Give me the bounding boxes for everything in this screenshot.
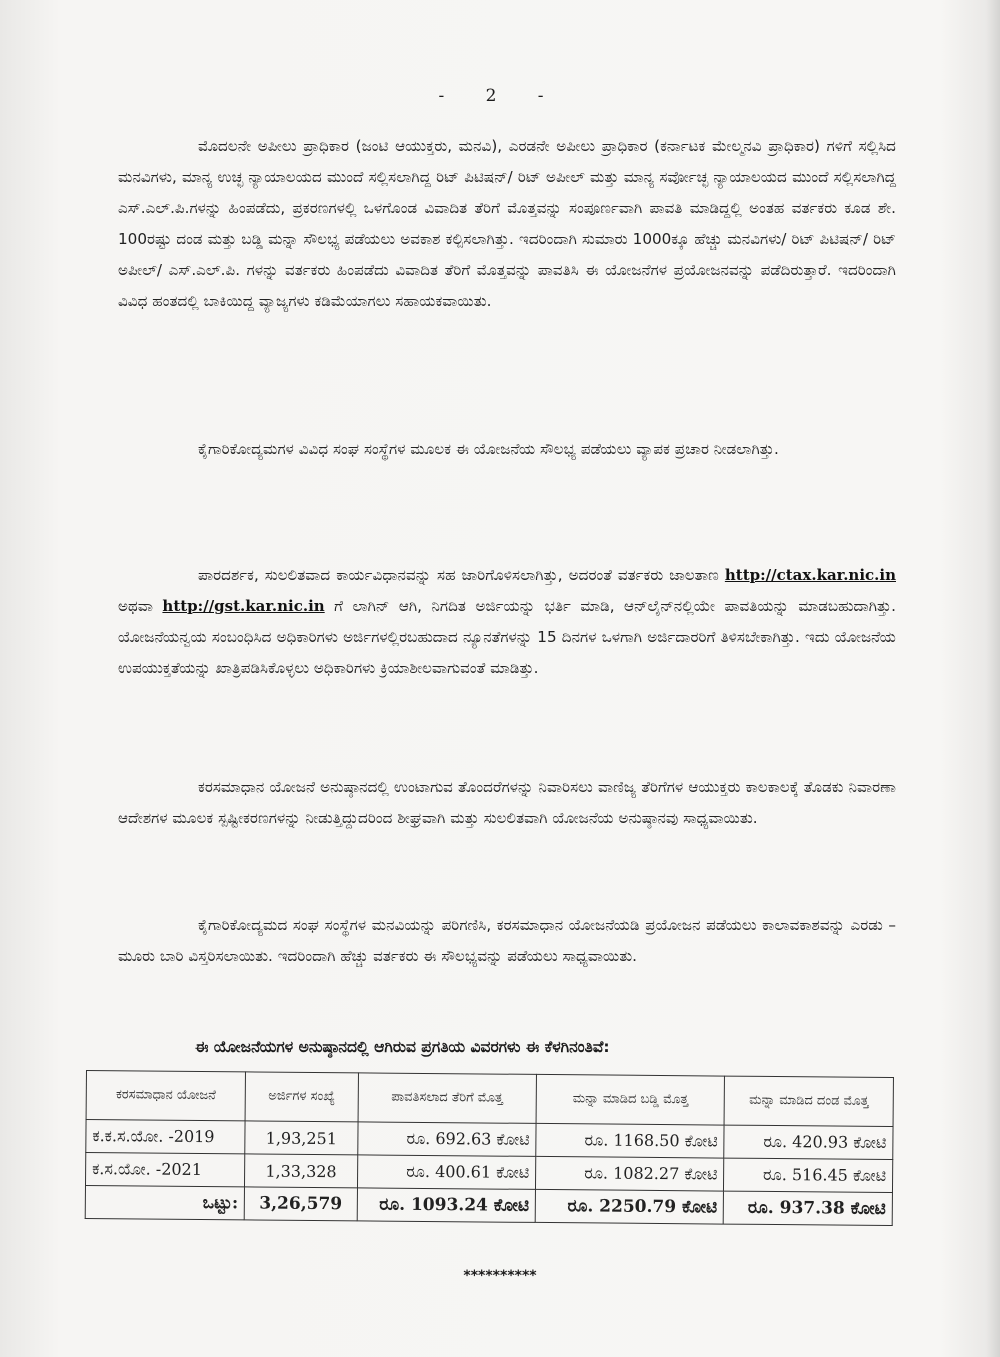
cell-tax-paid: ರೂ. 692.63 ಕೋಟಿ: [357, 1122, 536, 1157]
cell-tax-paid: ರೂ. 400.61 ಕೋಟಿ: [357, 1155, 536, 1190]
total-penalty-waived: ರೂ. 937.38 ಕೋಟಿ: [724, 1191, 893, 1225]
progress-table: ಕರಸಮಾಧಾನ ಯೋಜನೆ ಅರ್ಜಿಗಳ ಸಂಖ್ಯೆ ಪಾವತಿಸಲಾದ …: [85, 1070, 894, 1226]
total-label: ಒಟ್ಟು:: [85, 1186, 245, 1220]
paragraph-appeals: ಮೊದಲನೇ ಅಪೀಲು ಪ್ರಾಧಿಕಾರ (ಜಂಟಿ ಆಯುಕ್ತರು, ಮ…: [118, 131, 896, 317]
paragraph-clarifications: ಕರಸಮಾಧಾನ ಯೋಜನೆ ಅನುಷ್ಠಾನದಲ್ಲಿ ಉಂಟಾಗುವ ತೊಂ…: [118, 772, 896, 834]
paragraph-text: ಕೈಗಾರಿಕೋದ್ಯಮದ ಸಂಘ ಸಂಸ್ಥೆಗಳ ಮನವಿಯನ್ನು ಪರಿ…: [118, 916, 896, 965]
total-applications: 3,26,579: [245, 1187, 357, 1221]
paragraph-text: ಅಥವಾ: [118, 597, 162, 615]
header-applications: ಅರ್ಜಿಗಳ ಸಂಖ್ಯೆ: [245, 1072, 358, 1122]
cell-scheme: ಕ.ಕ.ಸ.ಯೋ. -2019: [86, 1120, 246, 1154]
cell-interest-waived: ರೂ. 1082.27 ಕೋಟಿ: [536, 1156, 724, 1191]
cell-applications: 1,33,328: [245, 1154, 357, 1188]
document-page: - 2 - ಮೊದಲನೇ ಅಪೀಲು ಪ್ರಾಧಿಕಾರ (ಜಂಟಿ ಆಯುಕ್…: [0, 0, 1000, 1357]
paragraph-text: ಮೊದಲನೇ ಅಪೀಲು ಪ್ರಾಧಿಕಾರ (ಜಂಟಿ ಆಯುಕ್ತರು, ಮ…: [118, 137, 896, 310]
table-caption: ಈ ಯೋಜನೆಯಗಳ ಅನುಷ್ಠಾನದಲ್ಲಿ ಆಗಿರುವ ಪ್ರಗತಿಯ …: [195, 1038, 610, 1057]
page-number: - 2 -: [0, 86, 1000, 106]
page-edge-shadow: [986, 0, 1000, 1357]
cell-applications: 1,93,251: [245, 1121, 357, 1155]
cell-interest-waived: ರೂ. 1168.50 ಕೋಟಿ: [536, 1123, 724, 1158]
header-penalty-waived: ಮನ್ನಾ ಮಾಡಿದ ದಂಡ ಮೊತ್ತ: [724, 1076, 893, 1126]
table-total-row: ಒಟ್ಟು: 3,26,579 ರೂ. 1093.24 ಕೋಟಿ ರೂ. 225…: [85, 1186, 892, 1226]
total-interest-waived: ರೂ. 2250.79 ಕೋಟಿ: [535, 1189, 723, 1224]
gst-link[interactable]: http://gst.kar.nic.in: [162, 597, 324, 615]
paragraph-text: ಕೈಗಾರಿಕೋದ್ಯಮಗಳ ವಿವಿಧ ಸಂಘ ಸಂಸ್ಥೆಗಳ ಮೂಲಕ ಈ…: [198, 440, 779, 458]
header-interest-waived: ಮನ್ನಾ ಮಾಡಿದ ಬಡ್ಡಿ ಮೊತ್ತ: [536, 1074, 725, 1125]
paragraph-online-procedure: ಪಾರದರ್ಶಕ, ಸುಲಲಿತವಾದ ಕಾರ್ಯವಿಧಾನವನ್ನು ಸಹ ಜ…: [118, 560, 896, 684]
table-header-row: ಕರಸಮಾಧಾನ ಯೋಜನೆ ಅರ್ಜಿಗಳ ಸಂಖ್ಯೆ ಪಾವತಿಸಲಾದ …: [86, 1071, 893, 1127]
paragraph-extension: ಕೈಗಾರಿಕೋದ್ಯಮದ ಸಂಘ ಸಂಸ್ಥೆಗಳ ಮನವಿಯನ್ನು ಪರಿ…: [118, 910, 896, 972]
total-tax-paid: ರೂ. 1093.24 ಕೋಟಿ: [357, 1188, 536, 1223]
header-scheme: ಕರಸಮಾಧಾನ ಯೋಜನೆ: [86, 1071, 246, 1121]
end-of-document-marker: **********: [0, 1268, 1000, 1284]
paragraph-text: ಪಾರದರ್ಶಕ, ಸುಲಲಿತವಾದ ಕಾರ್ಯವಿಧಾನವನ್ನು ಸಹ ಜ…: [198, 566, 725, 584]
cell-scheme: ಕ.ಸ.ಯೋ. -2021: [85, 1153, 245, 1187]
paragraph-publicity: ಕೈಗಾರಿಕೋದ್ಯಮಗಳ ವಿವಿಧ ಸಂಘ ಸಂಸ್ಥೆಗಳ ಮೂಲಕ ಈ…: [118, 434, 896, 465]
cell-penalty-waived: ರೂ. 420.93 ಕೋಟಿ: [724, 1125, 893, 1159]
cell-penalty-waived: ರೂ. 516.45 ಕೋಟಿ: [724, 1158, 893, 1192]
header-tax-paid: ಪಾವತಿಸಲಾದ ತೆರಿಗೆ ಮೊತ್ತ: [358, 1073, 537, 1124]
paragraph-text: ಕರಸಮಾಧಾನ ಯೋಜನೆ ಅನುಷ್ಠಾನದಲ್ಲಿ ಉಂಟಾಗುವ ತೊಂ…: [118, 778, 896, 827]
ctax-link[interactable]: http://ctax.kar.nic.in: [725, 566, 896, 584]
